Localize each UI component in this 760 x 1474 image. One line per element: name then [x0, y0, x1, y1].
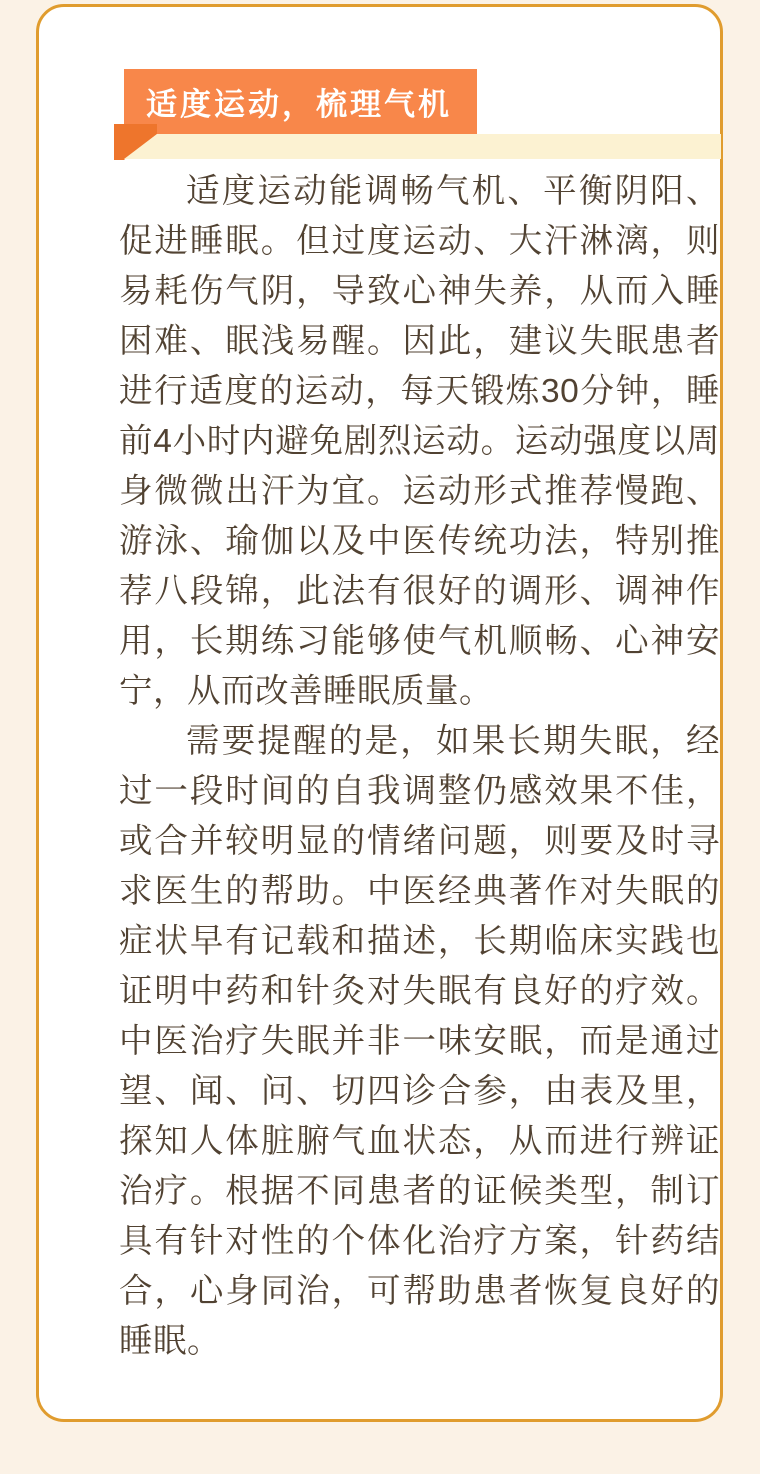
- article-card: 适度运动，梳理气机 适度运动能调畅气机、平衡阴阳、促进睡眠。但过度运动、大汗淋漓…: [36, 4, 723, 1422]
- section-title-banner: 适度运动，梳理气机: [124, 69, 477, 134]
- paragraph-tcm-treatment: 需要提醒的是，如果长期失眠，经过一段时间的自我调整仍感效果不佳，或合并较明显的情…: [119, 717, 720, 1367]
- section-title: 适度运动，梳理气机: [146, 79, 452, 124]
- banner-underline-bar: [124, 134, 721, 159]
- article-body: 适度运动能调畅气机、平衡阴阳、促进睡眠。但过度运动、大汗淋漓，则易耗伤气阴，导致…: [119, 167, 720, 1367]
- paragraph-exercise-advice: 适度运动能调畅气机、平衡阴阳、促进睡眠。但过度运动、大汗淋漓，则易耗伤气阴，导致…: [119, 167, 720, 717]
- page: { "page": { "background_color": "#FBF2E6…: [0, 0, 760, 1474]
